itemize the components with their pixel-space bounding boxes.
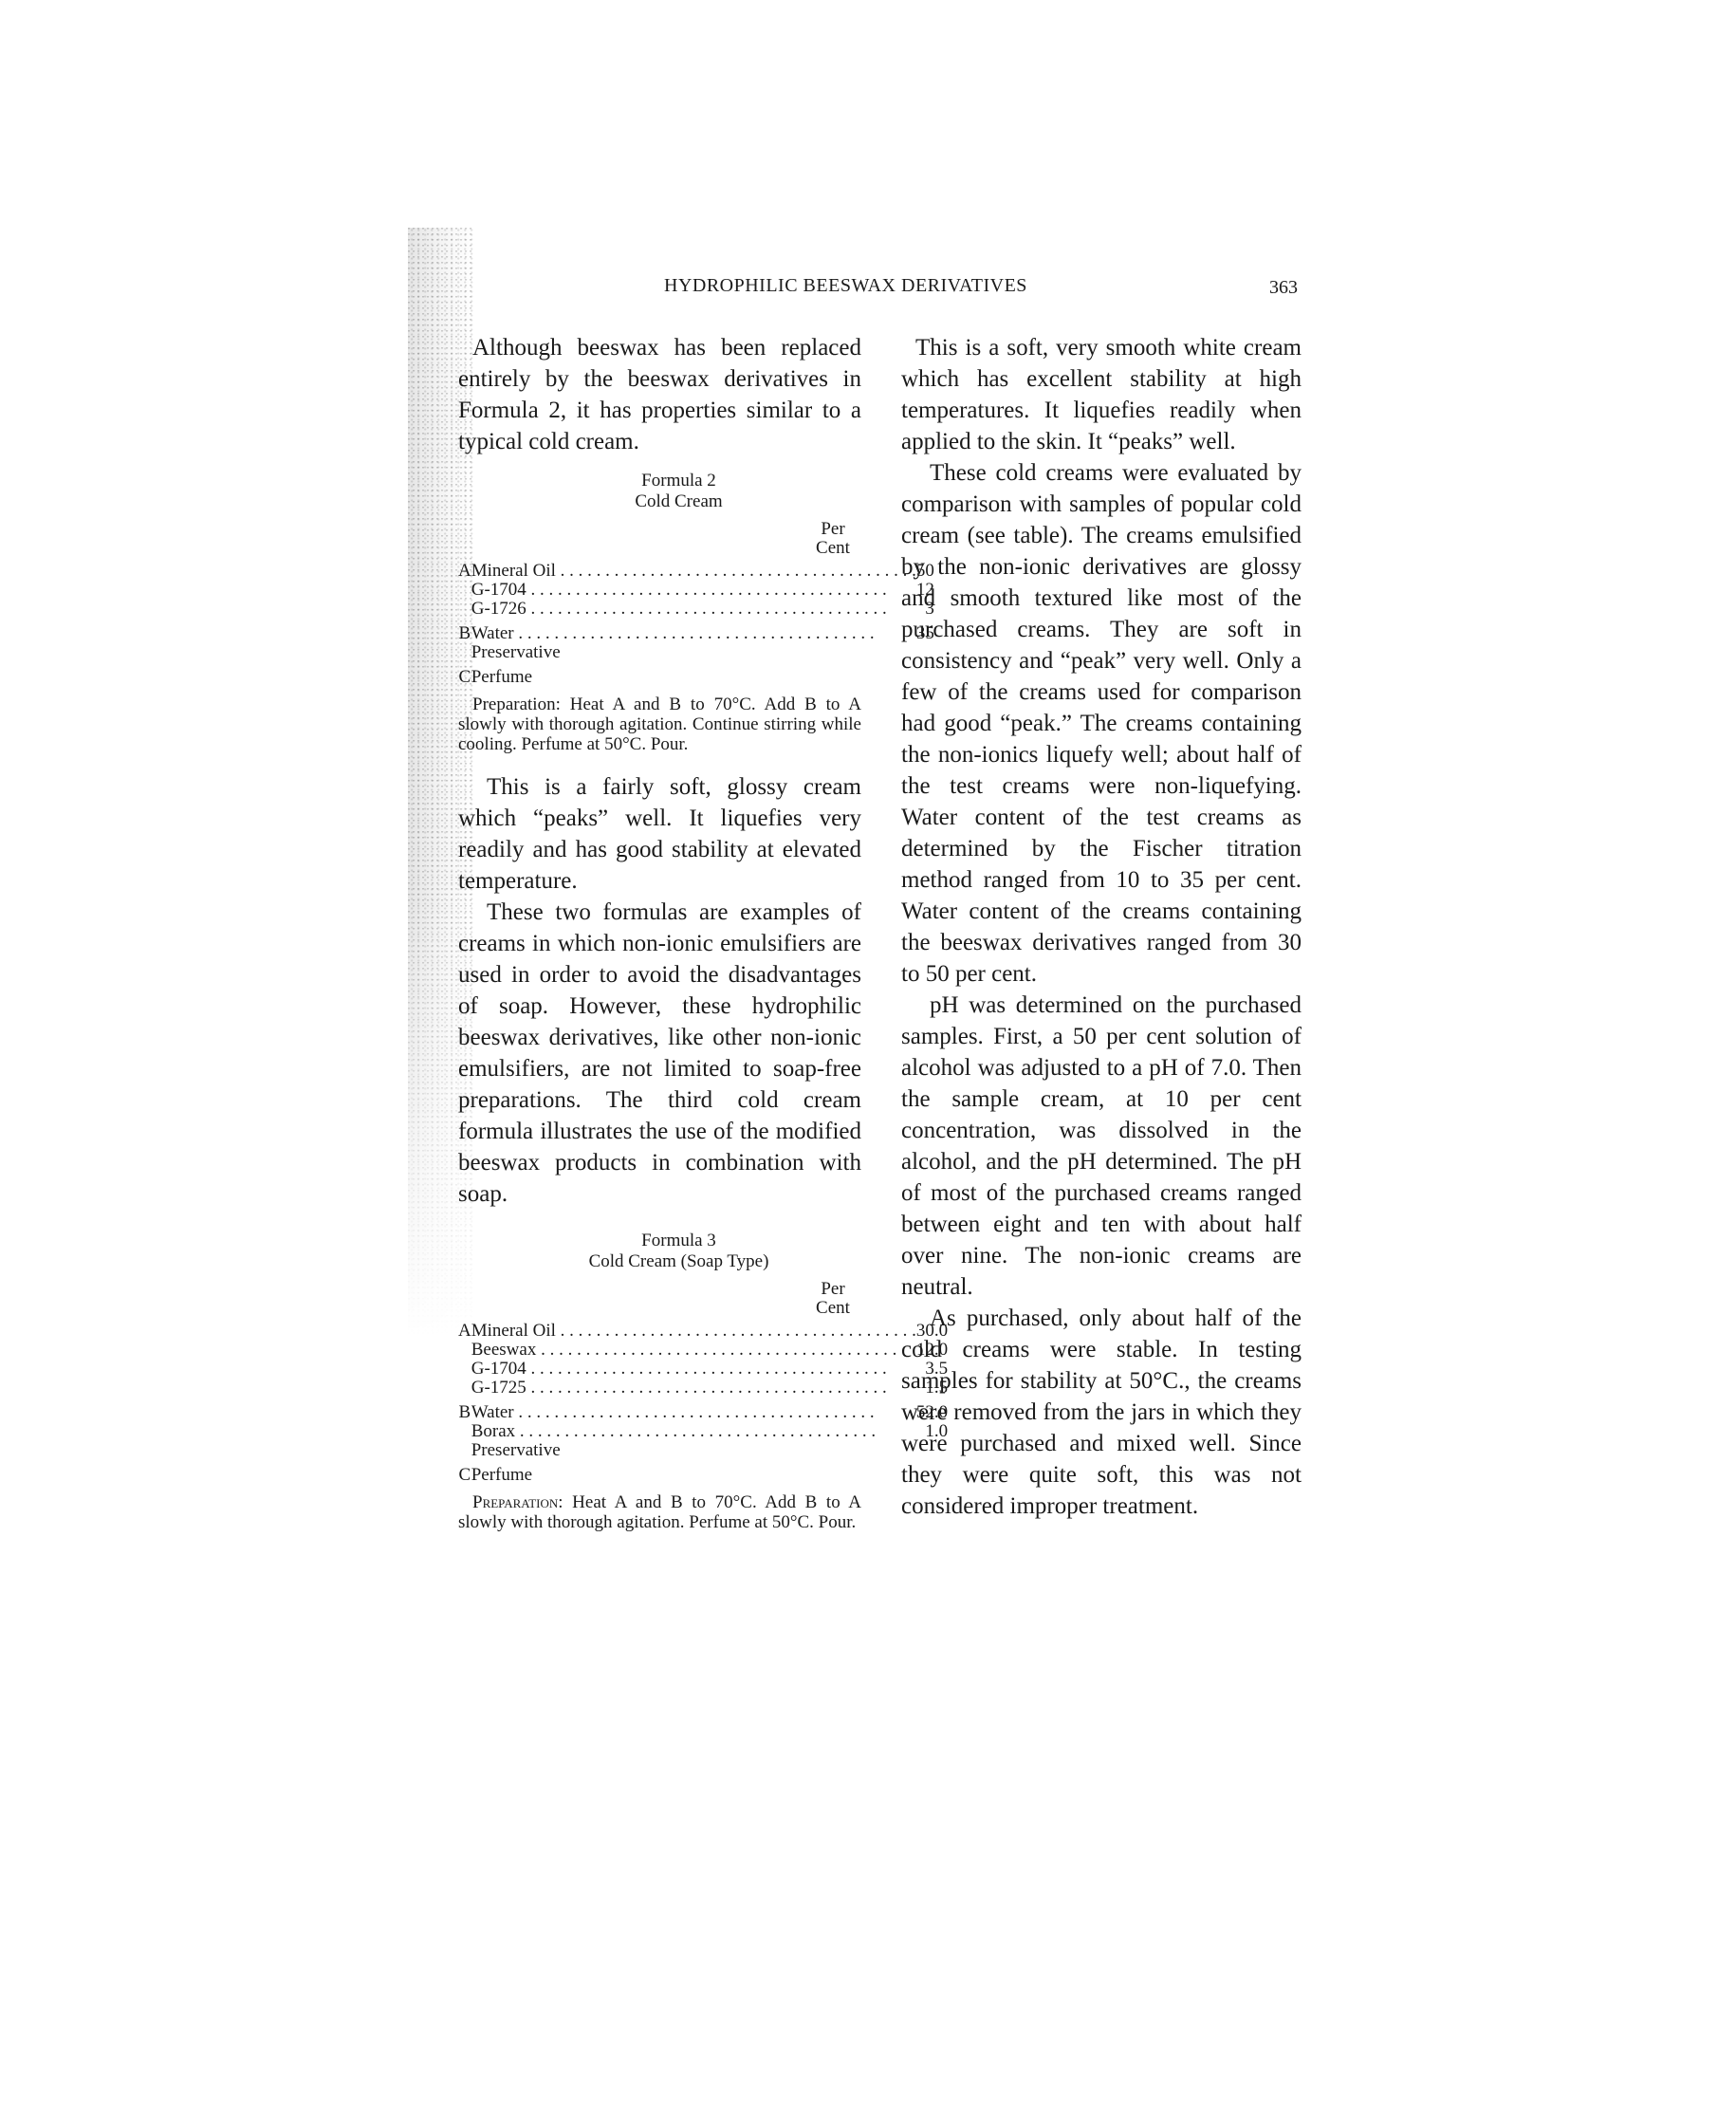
left-column: Although beeswax has been replaced entir… bbox=[458, 332, 861, 1542]
phase-label: C bbox=[458, 1460, 471, 1485]
ingredient-row: CPerfume bbox=[458, 662, 942, 687]
ingredient-row: AMineral Oil30.0 bbox=[458, 1322, 955, 1341]
ingredient-name: G-1704 bbox=[471, 1360, 916, 1379]
phase-label bbox=[458, 581, 471, 600]
paragraph-ph: pH was determined on the purchased sampl… bbox=[901, 990, 1302, 1303]
phase-label bbox=[458, 1341, 471, 1360]
formula-3-title: Formula 3 bbox=[496, 1231, 861, 1251]
ingredient-name: G-1725 bbox=[471, 1379, 916, 1398]
phase-label bbox=[458, 1441, 471, 1460]
ingredient-row: BWater52.0 bbox=[458, 1398, 955, 1422]
phase-label: C bbox=[458, 662, 471, 687]
right-column: This is a soft, very smooth white cream … bbox=[901, 332, 1302, 1522]
ingredient-row: Preservative bbox=[458, 1441, 955, 1460]
formula-2-ingredients: AMineral Oil50G-170412G-17263BWater35Pre… bbox=[458, 562, 942, 687]
formula-2: Formula 2 Cold Cream PerCent AMineral Oi… bbox=[458, 471, 861, 754]
paragraph-stability: As purchased, only about half of the col… bbox=[901, 1303, 1302, 1522]
phase-label: B bbox=[458, 1398, 471, 1422]
percent-header-line1: Per bbox=[804, 1280, 861, 1299]
page-number: 363 bbox=[1269, 277, 1298, 299]
ingredient-name: G-1704 bbox=[471, 581, 916, 600]
phase-label bbox=[458, 643, 471, 662]
phase-label bbox=[458, 1379, 471, 1398]
ingredient-row: Preservative bbox=[458, 643, 942, 662]
running-head: HYDROPHILIC BEESWAX DERIVATIVES bbox=[664, 275, 1027, 297]
ingredient-row: CPerfume bbox=[458, 1460, 955, 1485]
ingredient-name: Water bbox=[471, 619, 916, 643]
ingredient-row: G-17043.5 bbox=[458, 1360, 955, 1379]
ingredient-row: Beeswax12.0 bbox=[458, 1341, 955, 1360]
phase-label bbox=[458, 1422, 471, 1441]
phase-label bbox=[458, 1360, 471, 1379]
phase-label bbox=[458, 600, 471, 619]
ingredient-name: Preservative bbox=[471, 643, 916, 662]
formula-2-title: Formula 2 bbox=[496, 471, 861, 491]
ingredient-name: Water bbox=[471, 1398, 916, 1422]
ingredient-row: Borax1.0 bbox=[458, 1422, 955, 1441]
percent-header: PerCent bbox=[458, 520, 861, 558]
ingredient-name: Mineral Oil bbox=[471, 562, 916, 581]
ingredient-name: Preservative bbox=[471, 1441, 916, 1460]
ingredient-name: Mineral Oil bbox=[471, 1322, 916, 1341]
formula-2-subtitle: Cold Cream bbox=[496, 491, 861, 512]
formula-3: Formula 3 Cold Cream (Soap Type) PerCent… bbox=[458, 1231, 861, 1532]
paragraph-intro: Although beeswax has been replaced entir… bbox=[458, 332, 861, 457]
paragraph-evaluation: These cold creams were evaluated by comp… bbox=[901, 457, 1302, 990]
ingredient-name: Borax bbox=[471, 1422, 916, 1441]
percent-header-line2: Cent bbox=[804, 539, 861, 558]
ingredient-row: AMineral Oil50 bbox=[458, 562, 942, 581]
ingredient-row: G-17263 bbox=[458, 600, 942, 619]
paragraph-formula2-description: This is a fairly soft, glossy cream whic… bbox=[458, 771, 861, 897]
paragraph-nonionic: These two formulas are examples of cream… bbox=[458, 897, 861, 1210]
preparation-label: Preparation: bbox=[458, 1492, 563, 1512]
ingredient-row: BWater35 bbox=[458, 619, 942, 643]
formula-2-preparation: Preparation: Heat A and B to 70°C. Add B… bbox=[458, 694, 861, 754]
formula-3-ingredients: AMineral Oil30.0Beeswax12.0G-17043.5G-17… bbox=[458, 1322, 955, 1485]
phase-label: A bbox=[458, 562, 471, 581]
percent-header-line2: Cent bbox=[804, 1299, 861, 1318]
phase-label: B bbox=[458, 619, 471, 643]
phase-label: A bbox=[458, 1322, 471, 1341]
paragraph-formula3-description: This is a soft, very smooth white cream … bbox=[901, 332, 1302, 457]
preparation-label: Preparation: bbox=[458, 694, 561, 714]
formula-3-preparation: Preparation: Heat A and B to 70°C. Add B… bbox=[458, 1492, 861, 1532]
ingredient-row: G-170412 bbox=[458, 581, 942, 600]
ingredient-name: G-1726 bbox=[471, 600, 916, 619]
ingredient-row: G-17251.5 bbox=[458, 1379, 955, 1398]
formula-3-subtitle: Cold Cream (Soap Type) bbox=[496, 1251, 861, 1272]
ingredient-name: Beeswax bbox=[471, 1341, 916, 1360]
percent-header: PerCent bbox=[458, 1280, 861, 1318]
ingredient-name: Perfume bbox=[471, 662, 916, 687]
percent-header-line1: Per bbox=[804, 520, 861, 539]
ingredient-name: Perfume bbox=[471, 1460, 916, 1485]
